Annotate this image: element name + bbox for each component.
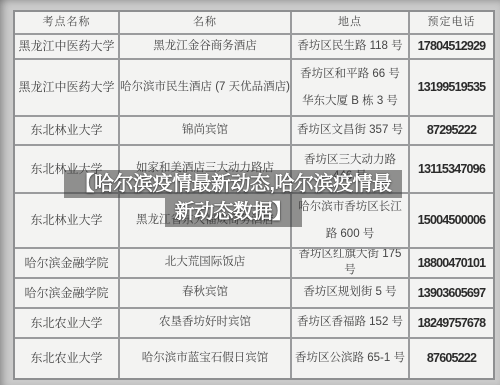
- cell-exam-site: 东北林业大学: [15, 146, 118, 192]
- cell-hotel-name: 黑龙江省东大福成商务酒店: [120, 194, 290, 247]
- column-header-phone: 预定电话: [410, 12, 493, 33]
- cell-hotel-name: 农垦香坊好时宾馆: [120, 309, 290, 337]
- cell-address: 香坊区规划街 5 号: [292, 279, 408, 307]
- column-header-address: 地点: [292, 12, 408, 33]
- cell-exam-site: 东北林业大学: [15, 194, 118, 247]
- cell-exam-site: 哈尔滨金融学院: [15, 279, 118, 307]
- cell-phone: 13903605697: [410, 279, 493, 307]
- cell-phone: 87605222: [410, 339, 493, 378]
- cell-exam-site: 哈尔滨金融学院: [15, 249, 118, 277]
- cell-address: 香坊区三大动力路 446 号: [292, 146, 408, 192]
- cell-hotel-name: 哈尔滨市蓝宝石假日宾馆: [120, 339, 290, 378]
- cell-hotel-name: 哈尔滨市民生酒店 (7 天优品酒店): [120, 60, 290, 115]
- cell-address: 香坊区和平路 66 号华东大厦 B 栋 3 号: [292, 60, 408, 115]
- cell-exam-site: 东北林业大学: [15, 117, 118, 144]
- cell-exam-site: 黑龙江中医药大学: [15, 35, 118, 58]
- cell-phone: 15004500006: [410, 194, 493, 247]
- cell-phone: 87295222: [410, 117, 493, 144]
- cell-exam-site: 黑龙江中医药大学: [15, 60, 118, 115]
- column-header-name: 名称: [120, 12, 290, 33]
- cell-hotel-name: 如家和美酒店三大动力路店: [120, 146, 290, 192]
- cell-exam-site: 东北农业大学: [15, 309, 118, 337]
- column-header-site: 考点名称: [15, 12, 118, 33]
- cell-address: 香坊区公滨路 65-1 号: [292, 339, 408, 378]
- cell-phone: 18249757678: [410, 309, 493, 337]
- cell-address: 香坊区香福路 152 号: [292, 309, 408, 337]
- cell-address: 香坊区文昌街 357 号: [292, 117, 408, 144]
- exam-site-hotel-table: 考点名称 名称 地点 预定电话 黑龙江中医药大学 黑龙江金谷商务酒店 香坊区民生…: [13, 10, 495, 380]
- cell-hotel-name: 北大荒国际饭店: [120, 249, 290, 277]
- cell-address: 哈尔滨市香坊区长江路 600 号: [292, 194, 408, 247]
- cell-phone: 13115347096: [410, 146, 493, 192]
- cell-phone: 17804512929: [410, 35, 493, 58]
- cell-hotel-name: 锦尚宾馆: [120, 117, 290, 144]
- cell-phone: 18800470101: [410, 249, 493, 277]
- cell-address: 香坊区红旗大街 175 号: [292, 249, 408, 277]
- cell-phone: 13199519535: [410, 60, 493, 115]
- cell-hotel-name: 黑龙江金谷商务酒店: [120, 35, 290, 58]
- cell-address: 香坊区民生路 118 号: [292, 35, 408, 58]
- cell-hotel-name: 春秋宾馆: [120, 279, 290, 307]
- cell-exam-site: 东北农业大学: [15, 339, 118, 378]
